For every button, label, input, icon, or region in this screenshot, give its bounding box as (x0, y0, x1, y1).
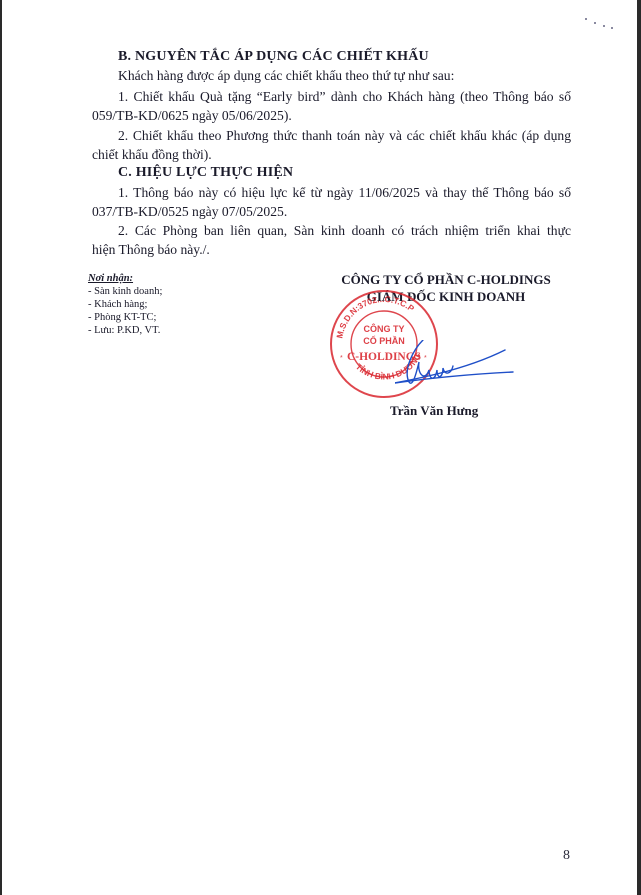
section-c-item1-line2: 037/TB-KD/0525 ngày 07/05/2025. (92, 203, 287, 221)
handwritten-signature-icon (395, 340, 515, 390)
recipient-item: - Phòng KT-TC; (88, 311, 162, 324)
section-b-item1-line2: 059/TB-KD/0625 ngày 05/06/2025). (92, 107, 292, 125)
section-b-item2-line2: chiết khấu đồng thời). (92, 146, 212, 164)
right-edge-border (637, 0, 641, 895)
section-c-heading: C. HIỆU LỰC THỰC HIỆN (118, 164, 293, 182)
section-b-heading: B. NGUYÊN TẮC ÁP DỤNG CÁC CHIẾT KHẤU (118, 48, 429, 66)
document-page: B. NGUYÊN TẮC ÁP DỤNG CÁC CHIẾT KHẤU Khá… (0, 0, 637, 895)
section-c-item2-line1: 2. Các Phòng ban liên quan, Sàn kinh doa… (118, 222, 571, 240)
recipients-block: Nơi nhận: - Sàn kinh doanh; - Khách hàng… (88, 272, 162, 337)
section-b-intro: Khách hàng được áp dụng các chiết khấu t… (118, 67, 454, 85)
stamp-line1: CÔNG TY (363, 323, 404, 334)
page-number: 8 (563, 848, 570, 864)
section-c-item2-line2: hiện Thông báo này./. (92, 241, 210, 259)
section-c-item1-line1: 1. Thông báo này có hiệu lực kể từ ngày … (118, 184, 571, 202)
recipient-item: - Lưu: P.KD, VT. (88, 324, 162, 337)
section-b-item1-line1: 1. Chiết khấu Quà tặng “Early bird” dành… (118, 88, 571, 106)
signature-company: CÔNG TY CỔ PHẦN C-HOLDINGS (330, 272, 562, 288)
section-b-item2-line1: 2. Chiết khấu theo Phương thức thanh toá… (118, 127, 571, 145)
recipients-title: Nơi nhận: (88, 272, 162, 285)
svg-text:*: * (340, 355, 343, 362)
recipient-item: - Sàn kinh doanh; (88, 285, 162, 298)
recipient-item: - Khách hàng; (88, 298, 162, 311)
signer-name: Trần Văn Hưng (390, 403, 478, 419)
